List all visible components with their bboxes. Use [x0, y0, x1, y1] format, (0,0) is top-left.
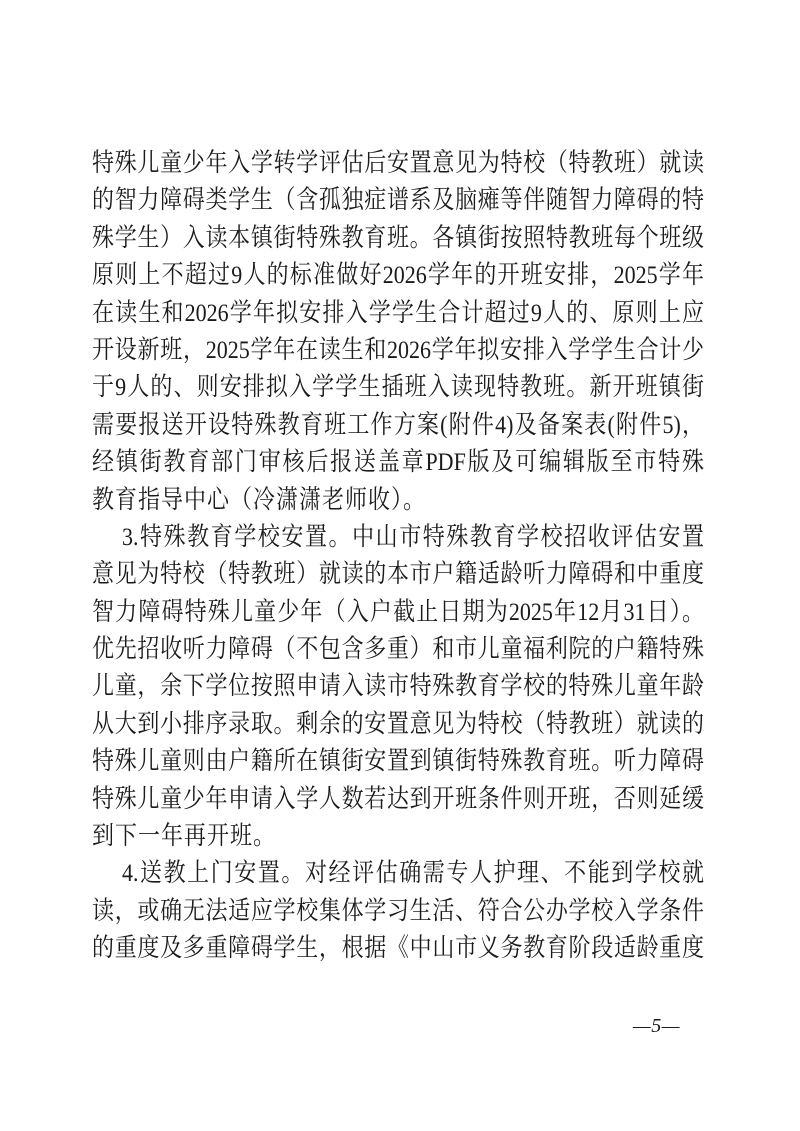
text-line: 的重度及多重障碍学生，根据《中山市义务教育阶段适龄重度 [92, 926, 704, 969]
page-number: —5— [633, 1015, 680, 1038]
body-text-block: 特殊儿童少年入学转学评估后安置意见为特校（特教班）就读 的智力障碍类学生（含孤独… [92, 144, 704, 967]
text-line: 经镇街教育部门审核后报送盖章PDF版及可编辑版至市特殊 [92, 440, 704, 483]
document-page: 特殊儿童少年入学转学评估后安置意见为特校（特教班）就读 的智力障碍类学生（含孤独… [0, 0, 800, 1131]
